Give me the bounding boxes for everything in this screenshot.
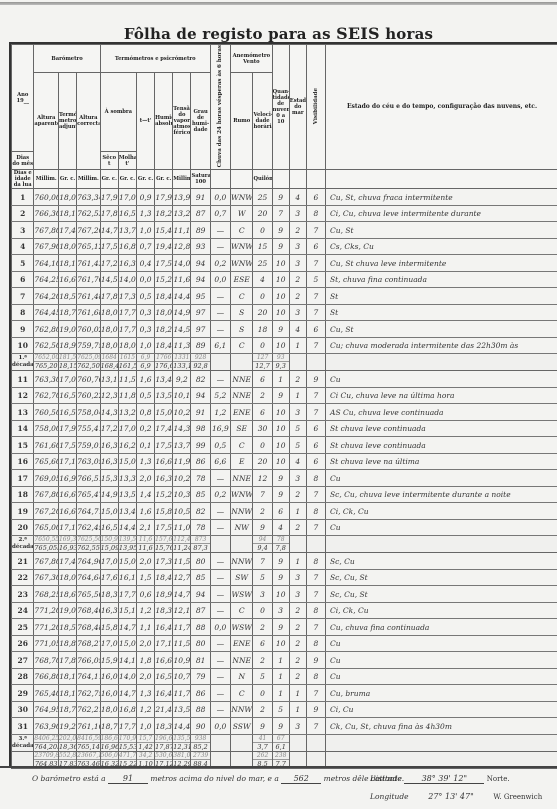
cell-nuv: 10: [272, 586, 289, 603]
cell-desc: Cu: [326, 371, 557, 388]
cell-rumo: C: [231, 288, 253, 305]
cell-grau: 86: [191, 685, 210, 702]
cell-tens: 11,9: [173, 453, 191, 470]
cell-hum: 17,5: [155, 255, 173, 272]
table-row: 4767,9018,0765,1217,516,80,719,412,893—W…: [12, 238, 557, 255]
decade-vel: 949,4: [253, 536, 272, 553]
page-title: Fôlha de registo para as SEIS horas: [0, 24, 557, 43]
cell-mar: 2: [289, 668, 306, 685]
cell-seco: 18,0: [100, 701, 118, 718]
cell-vel: 20: [253, 304, 272, 321]
cell-chuva: 0,5: [210, 437, 230, 454]
decade-corr: 7625,50762,550: [77, 536, 101, 553]
decade-corr: 8416,59765,14: [77, 734, 101, 751]
title-prefix: Fôlha de registo para as: [124, 25, 331, 43]
cell-desc: Cu, St: [326, 321, 557, 338]
cell-vis: 6: [306, 453, 325, 470]
table-row: 26771,0518,8768,2717,015,02,017,111,580—…: [12, 635, 557, 652]
unit-gr-c: Gr. c.: [118, 170, 136, 189]
cell-hum: 17,4: [155, 420, 173, 437]
cell-corr: 765,47: [77, 486, 101, 503]
cell-chuva: 6,6: [210, 453, 230, 470]
cell-molh: 17,7: [118, 321, 136, 338]
cell-grau: 79: [191, 668, 210, 685]
cell-term: 18,1: [58, 668, 76, 685]
cell-molh: 15,0: [118, 553, 136, 570]
cell-nuv: 9: [272, 321, 289, 338]
cell-vis: 7: [306, 387, 325, 404]
decade-term: 202,018,36: [58, 734, 76, 751]
cell-grau: 87: [191, 205, 210, 222]
cell-molh: 11,5: [118, 371, 136, 388]
cell-grau: 91: [191, 189, 210, 206]
cell-diff: 1,2: [136, 701, 154, 718]
cell-term: 18,7: [58, 701, 76, 718]
cell-corr: 763,05: [77, 453, 101, 470]
cell-day: 14: [12, 420, 34, 437]
cell-vis: 6: [306, 437, 325, 454]
cell-seco: 15,3: [100, 470, 118, 487]
cell-tens: 10,7: [173, 668, 191, 685]
cell-term: 17,1: [58, 519, 76, 536]
cell-seco: 14,3: [100, 404, 118, 421]
cell-tens: 14,4: [173, 718, 191, 735]
cell-term: 19,0: [58, 321, 76, 338]
cell-hum: 13,4: [155, 371, 173, 388]
cell-corr: 767,20: [77, 222, 101, 239]
cell-grau: 78: [191, 470, 210, 487]
cell-rumo: NNW: [231, 553, 253, 570]
cell-vel: 6: [253, 404, 272, 421]
cell-molh: 16,5: [118, 205, 136, 222]
cell-tens: 11,5: [173, 635, 191, 652]
cell-nuv: 10: [272, 453, 289, 470]
decade-label: 2.ª década: [12, 536, 34, 553]
decade-corr: 7625,09762,509: [77, 354, 101, 371]
cell-rumo: ESE: [231, 271, 253, 288]
cell-corr: 761,48: [77, 288, 101, 305]
cell-hum: 15,2: [155, 486, 173, 503]
cell-chuva: —: [210, 685, 230, 702]
cell-seco: 14,7: [100, 222, 118, 239]
cell-mar: 2: [289, 635, 306, 652]
cell-chuva: —: [210, 553, 230, 570]
cell-grau: 89: [191, 222, 210, 239]
cell-rumo: ENE: [231, 635, 253, 652]
cell-mar: 2: [289, 222, 306, 239]
cell-chuva: —: [210, 288, 230, 305]
decade-label: 1.ª década: [12, 354, 34, 371]
cell-molh: 17,7: [118, 304, 136, 321]
cell-diff: 0,8: [136, 404, 154, 421]
cell-desc: Cu, St: [326, 222, 557, 239]
cell-mar: 1: [289, 503, 306, 520]
cell-grau: 85: [191, 569, 210, 586]
cell-hum: 15,8: [155, 503, 173, 520]
cell-chuva: —: [210, 321, 230, 338]
cell-mar: 4: [289, 189, 306, 206]
cell-rumo: NNW: [231, 701, 253, 718]
cell-vis: 7: [306, 255, 325, 272]
cell-hum: 16,3: [155, 470, 173, 487]
cell-molh: 17,7: [118, 718, 136, 735]
cell-vel: 2: [253, 619, 272, 636]
cell-seco: 17,2: [100, 255, 118, 272]
cell-term: 17,4: [58, 553, 76, 570]
cell-diff: 1,0: [136, 337, 154, 354]
table-row: 24771,2019,0768,4016,315,11,218,312,187—…: [12, 602, 557, 619]
cell-seco: 17,0: [100, 635, 118, 652]
cell-corr: 760,02: [77, 321, 101, 338]
header-chuva: Chuva das 24 horas vésperas às 6 horas: [210, 45, 230, 170]
cell-desc: Cu: [326, 652, 557, 669]
cell-diff: 0,0: [136, 271, 154, 288]
cell-seco: 17,9: [100, 189, 118, 206]
unit-gr-c: Gr. c.: [155, 170, 173, 189]
cell-vel: 20: [253, 205, 272, 222]
cell-mar: 3: [289, 304, 306, 321]
cell-corr: 761,10: [77, 718, 101, 735]
cell-rumo: C: [231, 437, 253, 454]
cell-hum: 15,4: [155, 222, 173, 239]
cell-term: 17,1: [58, 453, 76, 470]
header-grau-humidade: Grau de humi-dade: [191, 73, 210, 170]
cell-rumo: NNE: [231, 371, 253, 388]
cell-molh: 16,3: [118, 255, 136, 272]
decade-grau: 92892,8: [191, 354, 210, 371]
cell-term: 18,5: [58, 288, 76, 305]
cell-vis: 7: [306, 519, 325, 536]
table-row: 21767,8017,4764,9017,015,02,017,311,580—…: [12, 553, 557, 570]
cell-mar: 1: [289, 387, 306, 404]
cell-alt: 767,80: [34, 553, 59, 570]
decade-grau: 93885,2: [191, 734, 210, 751]
cell-mar: 3: [289, 586, 306, 603]
cell-corr: 761,68: [77, 304, 101, 321]
cell-nuv: 1: [272, 668, 289, 685]
cell-day: 19: [12, 503, 34, 520]
header-visibilidade: Visibilidade: [306, 45, 325, 170]
cell-hum: 21,4: [155, 701, 173, 718]
cell-corr: 765,50: [77, 586, 101, 603]
cell-term: 19,2: [58, 718, 76, 735]
cell-alt: 762,70: [34, 387, 59, 404]
decade-vel: 12712,7: [253, 354, 272, 371]
cell-molh: 14,1: [118, 652, 136, 669]
cell-chuva: —: [210, 602, 230, 619]
cell-vis: 7: [306, 685, 325, 702]
cell-mar: 3: [289, 205, 306, 222]
cell-desc: Cu: [326, 635, 557, 652]
unit-quilom: Quilóm.: [253, 170, 272, 189]
cell-diff: 1,2: [136, 602, 154, 619]
cell-day: 21: [12, 553, 34, 570]
cell-vis: 7: [306, 337, 325, 354]
cell-vel: 12: [253, 470, 272, 487]
cell-nuv: 7: [272, 205, 289, 222]
cell-tens: 13,5: [173, 701, 191, 718]
decade-hum: 1766176,6: [155, 354, 173, 371]
cell-vel: 0: [253, 288, 272, 305]
cell-chuva: —: [210, 304, 230, 321]
cell-term: 18,6: [58, 586, 76, 603]
cell-mar: 3: [289, 404, 306, 421]
cell-term: 19,0: [58, 602, 76, 619]
cell-diff: 2,0: [136, 553, 154, 570]
header-anemometro: AnemómetroVento: [231, 45, 273, 73]
barometer-altitude: 91: [108, 774, 148, 784]
cell-hum: 15,2: [155, 271, 173, 288]
cell-diff: 2,1: [136, 519, 154, 536]
cell-vel: 3: [253, 586, 272, 603]
cell-day: 9: [12, 321, 34, 338]
cell-vis: 7: [306, 304, 325, 321]
cell-desc: Ci, Ck, Cu: [326, 503, 557, 520]
cell-rumo: SSW: [231, 718, 253, 735]
cell-day: 2: [12, 205, 34, 222]
cell-diff: 0,7: [136, 238, 154, 255]
cell-tens: 14,9: [173, 304, 191, 321]
table-row: 18767,8016,6765,4714,913,51,415,210,3850…: [12, 486, 557, 503]
cell-term: 18,1: [58, 205, 76, 222]
cell-corr: 765,12: [77, 238, 101, 255]
cell-day: 6: [12, 271, 34, 288]
cell-molh: 18,0: [118, 337, 136, 354]
cell-day: 29: [12, 685, 34, 702]
unit-millim: Millim.: [77, 170, 101, 189]
cell-chuva: 0,0: [210, 718, 230, 735]
cell-day: 24: [12, 602, 34, 619]
cell-vis: 9: [306, 652, 325, 669]
cell-alt: 766,80: [34, 668, 59, 685]
cell-nuv: 1: [272, 652, 289, 669]
cell-molh: 16,8: [118, 238, 136, 255]
cell-rumo: W: [231, 205, 253, 222]
cell-corr: 764,71: [77, 503, 101, 520]
cell-hum: 13,5: [155, 387, 173, 404]
cell-hum: 17,3: [155, 553, 173, 570]
register-table: Ano 19__ Barómetro Termómetros e psicróm…: [11, 44, 557, 769]
cell-rumo: WSW: [231, 619, 253, 636]
cell-nuv: 10: [272, 271, 289, 288]
cell-desc: St chuva leve continuada: [326, 437, 557, 454]
cell-tens: 13,7: [173, 437, 191, 454]
decade-molh: 139,513,95: [118, 536, 136, 553]
cell-tens: 11,6: [173, 271, 191, 288]
header-tensao-vapor: Tensão do vapor atmos-férico: [173, 73, 191, 170]
cell-alt: 767,80: [34, 222, 59, 239]
cell-diff: 0,3: [136, 304, 154, 321]
cell-vis: 8: [306, 553, 325, 570]
cell-desc: Cu, chuva fina continuada: [326, 619, 557, 636]
cell-chuva: —: [210, 701, 230, 718]
decade-diff: 15,71,42: [136, 734, 154, 751]
cell-rumo: WNW: [231, 486, 253, 503]
cell-day: 12: [12, 387, 34, 404]
cell-grau: 80: [191, 553, 210, 570]
cell-vel: 4: [253, 271, 272, 288]
table-row: 3767,8017,4767,2014,713,71,015,411,189—C…: [12, 222, 557, 239]
table-row: 9762,8019,0760,0218,017,70,318,214,597—S…: [12, 321, 557, 338]
decade-alt: 8406,25764,205: [34, 734, 59, 751]
cell-nuv: 10: [272, 288, 289, 305]
cell-nuv: 9: [272, 470, 289, 487]
cell-alt: 771,05: [34, 635, 59, 652]
cell-rumo: N: [231, 668, 253, 685]
cell-molh: 11,8: [118, 387, 136, 404]
cell-molh: 16,8: [118, 701, 136, 718]
cell-hum: 16,6: [155, 652, 173, 669]
cell-hum: 16,5: [155, 668, 173, 685]
table-row: 20765,0017,1762,4516,514,42,117,511,078—…: [12, 519, 557, 536]
cell-corr: 768,27: [77, 635, 101, 652]
header-t-diff: t—t': [136, 73, 154, 170]
cell-day: 17: [12, 470, 34, 487]
cell-grau: 97: [191, 304, 210, 321]
cell-seco: 12,3: [100, 387, 118, 404]
cell-seco: 16,0: [100, 685, 118, 702]
cell-alt: 758,00: [34, 420, 59, 437]
cell-tens: 12,1: [173, 602, 191, 619]
table-row: 6764,2516,6761,7614,514,00,015,211,6940,…: [12, 271, 557, 288]
decade-hum: 196,617,87: [155, 734, 173, 751]
cell-chuva: 16,9: [210, 420, 230, 437]
cell-vis: 8: [306, 503, 325, 520]
cell-seco: 17,8: [100, 288, 118, 305]
cell-day: 27: [12, 652, 34, 669]
cell-molh: 15,0: [118, 635, 136, 652]
cell-nuv: 9: [272, 553, 289, 570]
cell-alt: 768,25: [34, 586, 59, 603]
cell-vis: 8: [306, 668, 325, 685]
register-sheet: Ano 19__ Barómetro Termómetros e psicróm…: [9, 42, 557, 768]
cell-chuva: 5,2: [210, 387, 230, 404]
cell-grau: 82: [191, 503, 210, 520]
decade-diff: 6,96,9: [136, 354, 154, 371]
cell-seco: 17,2: [100, 420, 118, 437]
cell-desc: Ck, Cu, St, chuva fina às 4h30m: [326, 718, 557, 735]
cell-grau: 85: [191, 486, 210, 503]
cell-day: 7: [12, 288, 34, 305]
cell-rumo: C: [231, 602, 253, 619]
cell-vis: 6: [306, 189, 325, 206]
cell-diff: 0,2: [136, 420, 154, 437]
cell-seco: 18,7: [100, 718, 118, 735]
cell-molh: 13,7: [118, 222, 136, 239]
table-row: 7764,2018,5761,4817,817,30,518,414,495—C…: [12, 288, 557, 305]
cell-term: 18,5: [58, 619, 76, 636]
cell-vis: 6: [306, 238, 325, 255]
cell-vis: 8: [306, 205, 325, 222]
cell-corr: 762,53: [77, 205, 101, 222]
cell-tens: 11,7: [173, 685, 191, 702]
cell-chuva: 6,1: [210, 337, 230, 354]
cell-desc: St, chuva fina continuada: [326, 271, 557, 288]
cell-molh: 13,5: [118, 486, 136, 503]
cell-alt: 767,30: [34, 569, 59, 586]
cell-nuv: 6: [272, 503, 289, 520]
decade-tens: 1331133,1: [173, 354, 191, 371]
cell-day: 28: [12, 668, 34, 685]
cell-desc: Cu, St, chuva fraca intermitente: [326, 189, 557, 206]
cell-day: 4: [12, 238, 34, 255]
cell-vel: 20: [253, 453, 272, 470]
cell-day: 25: [12, 619, 34, 636]
cell-term: 17,5: [58, 437, 76, 454]
cell-vis: 9: [306, 701, 325, 718]
unit-gr-c: Gr. c.: [136, 170, 154, 189]
decade-seco: 186,616,96: [100, 734, 118, 751]
cell-alt: 765,60: [34, 453, 59, 470]
cell-mar: 3: [289, 569, 306, 586]
cell-grau: 82: [191, 371, 210, 388]
cell-nuv: 9: [272, 222, 289, 239]
barometer-note: O barómetro está a 91 metros acima do ni…: [32, 774, 404, 784]
cell-vel: 25: [253, 189, 272, 206]
cell-hum: 18,9: [155, 586, 173, 603]
cell-tens: 12,8: [173, 238, 191, 255]
cell-molh: 14,7: [118, 619, 136, 636]
cell-tens: 13,9: [173, 189, 191, 206]
cell-vel: 18: [253, 321, 272, 338]
cell-rumo: C: [231, 685, 253, 702]
cell-chuva: 0,2: [210, 255, 230, 272]
cell-rumo: NNE: [231, 470, 253, 487]
cell-rumo: S: [231, 321, 253, 338]
cell-vel: 2: [253, 387, 272, 404]
cell-chuva: —: [210, 586, 230, 603]
cell-molh: 14,0: [118, 668, 136, 685]
cell-nuv: 1: [272, 371, 289, 388]
cell-hum: 18,0: [155, 304, 173, 321]
cell-desc: Cs, Cks, Cu: [326, 238, 557, 255]
cell-seco: 18,0: [100, 321, 118, 338]
cell-seco: 16,5: [100, 519, 118, 536]
cell-alt: 764,25: [34, 271, 59, 288]
cell-desc: Sc, Cu: [326, 553, 557, 570]
cell-diff: 0,5: [136, 288, 154, 305]
cell-mar: 3: [289, 470, 306, 487]
cell-corr: 768,40: [77, 602, 101, 619]
page-top-edge: [0, 2, 557, 5]
cell-day: 23: [12, 586, 34, 603]
cell-corr: 759,75: [77, 337, 101, 354]
cell-seco: 17,8: [100, 205, 118, 222]
cell-diff: 0,5: [136, 387, 154, 404]
cell-vel: 0: [253, 602, 272, 619]
cell-grau: 94: [191, 255, 210, 272]
cell-rumo: WNW: [231, 238, 253, 255]
cell-tens: 14,0: [173, 255, 191, 272]
cell-vel: 0: [253, 337, 272, 354]
cell-mar: 2: [289, 288, 306, 305]
cell-hum: 18,3: [155, 602, 173, 619]
register-header: Ano 19__ Barómetro Termómetros e psicróm…: [12, 45, 557, 189]
cell-diff: 1,6: [136, 503, 154, 520]
cell-vel: 2: [253, 652, 272, 669]
cell-diff: 0,9: [136, 189, 154, 206]
cell-mar: 3: [289, 718, 306, 735]
table-row: 14758,0017,9755,4117,217,00,217,414,3981…: [12, 420, 557, 437]
cell-diff: 0,4: [136, 255, 154, 272]
cell-vel: 30: [253, 420, 272, 437]
cell-grau: 88: [191, 619, 210, 636]
cell-molh: 17,0: [118, 420, 136, 437]
cell-nuv: 3: [272, 602, 289, 619]
table-row: 22767,3018,0764,6417,616,11,518,412,785—…: [12, 569, 557, 586]
cell-alt: 767,80: [34, 486, 59, 503]
cell-grau: 80: [191, 635, 210, 652]
